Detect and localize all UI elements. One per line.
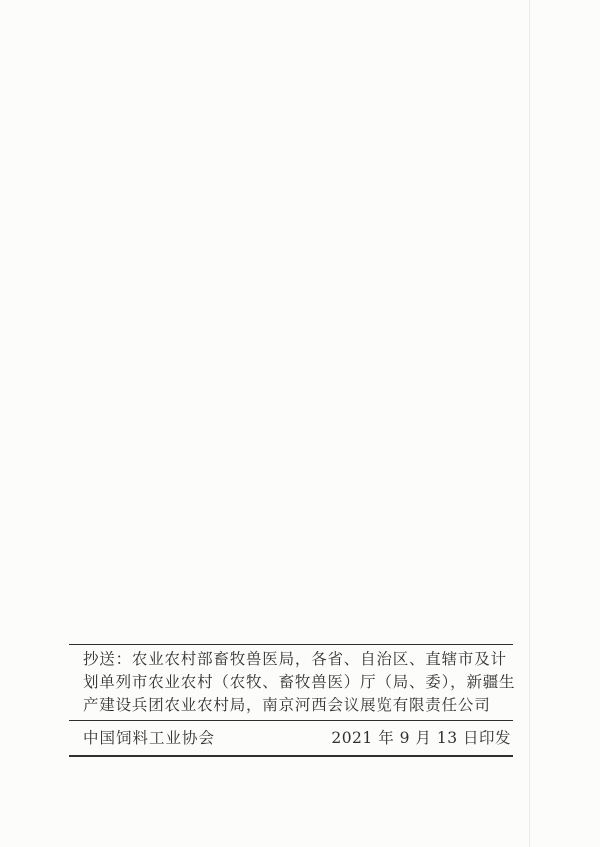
cc-distribution-block: 抄送：农业农村部畜牧兽医局，各省、自治区、直辖市及计 划单列市农业农村（农牧、畜… (69, 644, 513, 721)
cc-line-3: 产建设兵团农业农村局，南京河西会议展览有限责任公司 (83, 694, 511, 717)
document-footer: 抄送：农业农村部畜牧兽医局，各省、自治区、直辖市及计 划单列市农业农村（农牧、畜… (69, 644, 513, 757)
print-date: 2021 年 9 月 13 日印发 (331, 726, 511, 748)
issuing-org: 中国饲料工业协会 (83, 726, 215, 748)
cc-line-2: 划单列市农业农村（农牧、畜牧兽医）厅（局、委），新疆生 (83, 671, 511, 694)
document-page: 抄送：农业农村部畜牧兽医局，各省、自治区、直辖市及计 划单列市农业农村（农牧、畜… (0, 0, 600, 847)
scan-artifact-line (529, 0, 530, 847)
imprint-row: 中国饲料工业协会 2021 年 9 月 13 日印发 (69, 721, 513, 757)
cc-line-1: 抄送：农业农村部畜牧兽医局，各省、自治区、直辖市及计 (83, 648, 511, 671)
